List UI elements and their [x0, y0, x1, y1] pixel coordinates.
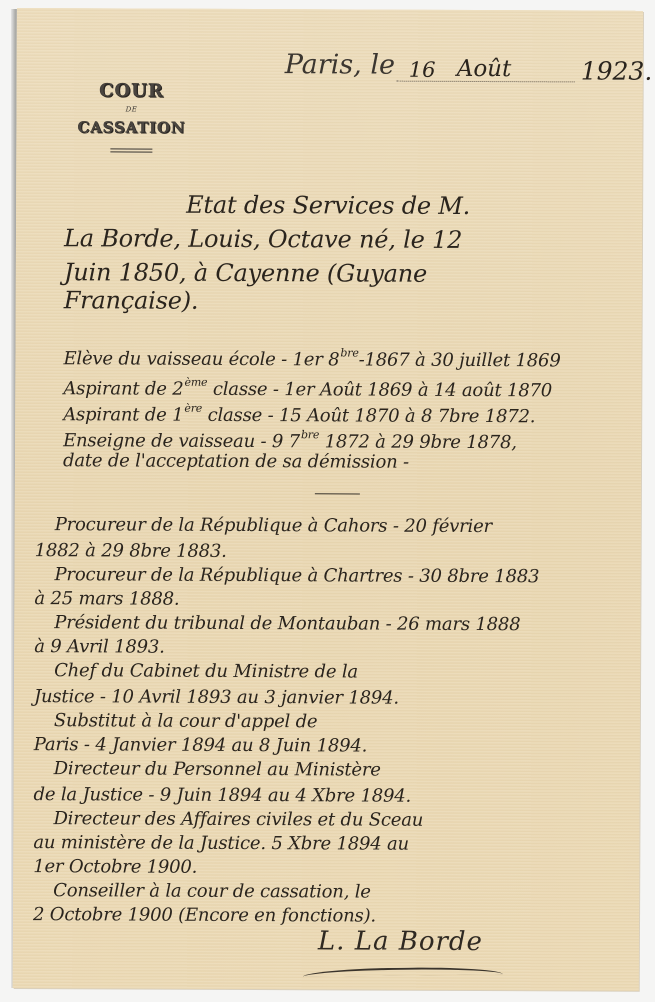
letterhead-de: DE	[67, 105, 197, 114]
section-divider	[315, 493, 360, 494]
signature-underline	[303, 966, 503, 977]
heading-line: Etat des Services de M.	[186, 193, 470, 218]
signature: L. La Borde	[318, 926, 483, 957]
judicial-service-line: Directeur des Affaires civiles et du Sce…	[53, 810, 423, 830]
naval-service-line: Elève du vaisseau école - 1er 8bre-1867 …	[63, 346, 560, 370]
judicial-service-line: Justice - 10 Avril 1893 au 3 janvier 189…	[34, 688, 399, 708]
letterhead-double-rule	[110, 148, 152, 152]
heading-line: La Borde, Louis, Octave né, le 12	[64, 226, 462, 252]
judicial-service-line: Procureur de la République à Cahors - 20…	[55, 516, 492, 536]
judicial-service-line: 2 Octobre 1900 (Encore en fonctions).	[33, 906, 376, 925]
scanned-page: COUR DE CASSATION Paris, le 16 Août 1923…	[0, 0, 655, 1002]
judicial-service-line: à 9 Avril 1893.	[34, 638, 165, 657]
judicial-service-line: Directeur du Personnel au Ministère	[54, 760, 381, 779]
naval-service-line: Enseigne de vaisseau - 9 7bre 1872 à 29 …	[63, 428, 517, 452]
judicial-service-line: Conseiller à la cour de cassation, le	[53, 882, 371, 901]
date-year: 1923.	[581, 56, 653, 85]
letterhead-cour: COUR	[67, 80, 197, 102]
judicial-service-line: Substitut à la cour d'appel de	[54, 712, 318, 731]
date-place: Paris, le	[285, 49, 395, 80]
heading-line: Française).	[64, 288, 199, 313]
heading-line: Juin 1850, à Cayenne (Guyane	[64, 260, 427, 286]
letter-sheet: COUR DE CASSATION Paris, le 16 Août 1923…	[13, 8, 643, 991]
dateline: Paris, le 16 Août 1923.	[285, 49, 645, 91]
judicial-service-line: à 25 mars 1888.	[34, 590, 179, 609]
letterhead: COUR DE CASSATION	[66, 80, 196, 153]
letterhead-cassation: CASSATION	[66, 118, 196, 137]
judicial-service-line: Procureur de la République à Chartres - …	[54, 566, 539, 586]
judicial-service-line: Paris - 4 Janvier 1894 au 8 Juin 1894.	[34, 736, 367, 755]
naval-service-line: Aspirant de 1ère classe - 15 Août 1870 à…	[63, 402, 535, 426]
date-month: Août	[457, 56, 512, 82]
naval-service-line: Aspirant de 2ème classe - 1er Août 1869 …	[63, 376, 552, 400]
judicial-service-line: de la Justice - 9 Juin 1894 au 4 Xbre 18…	[34, 786, 412, 806]
naval-service-line: date de l'acceptation de sa démission -	[63, 452, 409, 472]
date-day: 16	[409, 58, 436, 82]
judicial-service-line: 1882 à 29 8bre 1883.	[35, 542, 227, 561]
judicial-service-line: 1er Octobre 1900.	[33, 858, 197, 877]
judicial-service-line: Président du tribunal de Montauban - 26 …	[54, 614, 520, 634]
judicial-service-line: au ministère de la Justice. 5 Xbre 1894 …	[33, 834, 409, 854]
judicial-service-line: Chef du Cabinet du Ministre de la	[54, 662, 358, 681]
